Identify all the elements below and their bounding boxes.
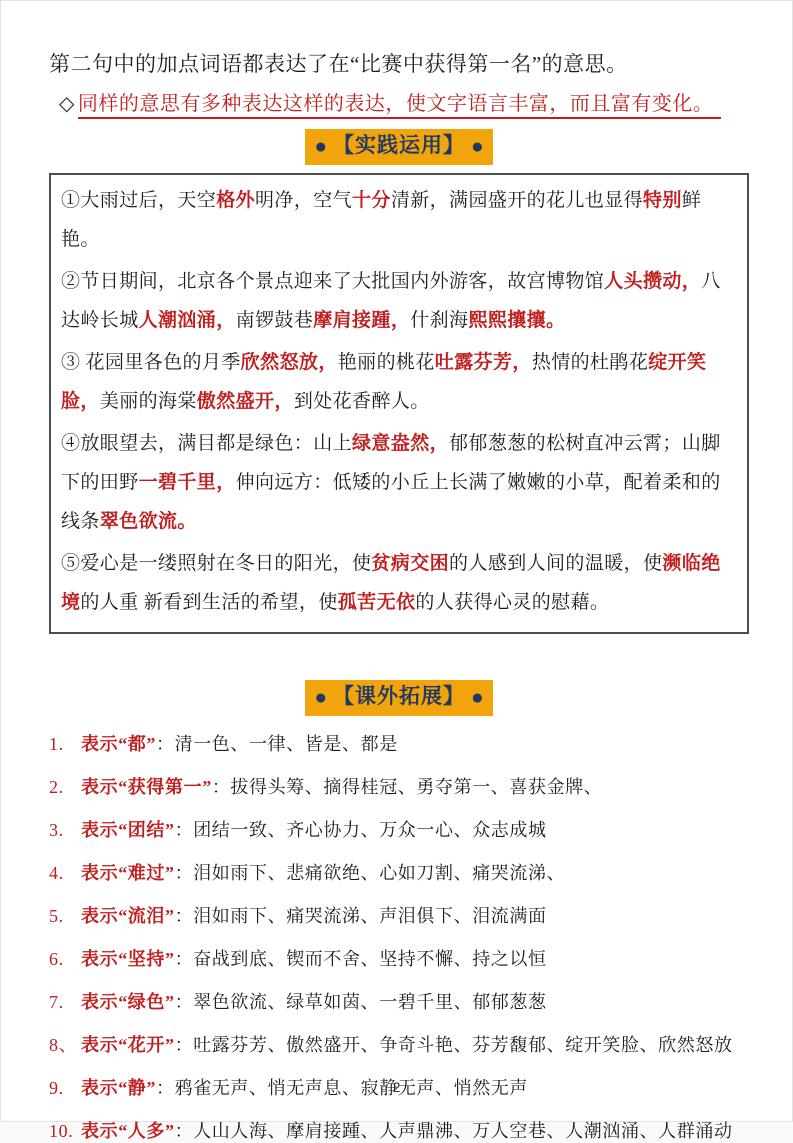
section-header-expansion: ● 【课外拓展】 ● — [49, 680, 749, 716]
practice-item: ①大雨过后，天空格外明净，空气十分清新，满园盛开的花儿也显得特别鲜艳。 — [61, 181, 737, 259]
highlight-keyword: 十分 — [352, 190, 391, 211]
highlight-keyword: 绿意盎然， — [352, 433, 449, 454]
bullet-dot-icon: ● — [314, 134, 327, 158]
highlight-keyword: 翠色欲流。 — [100, 511, 197, 532]
expansion-item: 8、表示“花开”：吐露芬芳、傲然盛开、争奇斗艳、芬芳馥郁、绽开笑脸、欣然怒放 — [49, 1033, 749, 1057]
item-label: 表示“团结” — [81, 820, 175, 840]
highlight-keyword: 人潮汹涌， — [139, 310, 236, 331]
expansion-item: 10.表示“人多”：人山人海、摩肩接踵、人声鼎沸、万人空巷、人潮汹涌、人群涌动 — [49, 1119, 749, 1143]
item-label: 表示“获得第一” — [81, 777, 212, 797]
page-number: 2 — [1, 1079, 792, 1095]
practice-text: ⑤爱心是一缕照射在冬日的阳光，使 — [61, 553, 371, 574]
bullet-dot-icon: ● — [471, 685, 484, 709]
item-label: 表示“绿色” — [81, 992, 175, 1012]
item-content: ：人山人海、摩肩接踵、人声鼎沸、万人空巷、人潮汹涌、人群涌动 — [175, 1121, 733, 1141]
practice-sentences-box: ①大雨过后，天空格外明净，空气十分清新，满园盛开的花儿也显得特别鲜艳。②节日期间… — [49, 173, 749, 634]
expansion-item: 6.表示“坚持”：奋战到底、锲而不舍、坚持不懈、持之以恒 — [49, 947, 749, 971]
item-content: ：清一色、一律、皆是、都是 — [156, 734, 398, 754]
expansion-badge: ● 【课外拓展】 ● — [305, 680, 492, 716]
highlight-keyword: 一碧千里， — [139, 472, 236, 493]
item-label: 表示“人多” — [81, 1121, 175, 1141]
highlight-keyword: 吐露芬芳， — [435, 352, 532, 373]
practice-item: ③ 花园里各色的月季欣然怒放，艳丽的桃花吐露芬芳，热情的杜鹃花绽开笑脸，美丽的海… — [61, 343, 737, 421]
item-number: 1. — [49, 732, 81, 756]
item-label: 表示“花开” — [81, 1035, 175, 1055]
expansion-item: 7.表示“绿色”：翠色欲流、绿草如茵、一碧千里、郁郁葱葱 — [49, 990, 749, 1014]
item-content: ：吐露芬芳、傲然盛开、争奇斗艳、芬芳馥郁、绽开笑脸、欣然怒放 — [175, 1035, 733, 1055]
practice-item: ④放眼望去，满目都是绿色：山上绿意盎然，郁郁葱葱的松树直冲云霄；山脚下的田野一碧… — [61, 424, 737, 541]
expansion-item: 5.表示“流泪”：泪如雨下、痛哭流涕、声泪俱下、泪流满面 — [49, 904, 749, 928]
item-number: 2. — [49, 775, 81, 799]
practice-text: 到处花香醉人。 — [294, 391, 430, 412]
practice-badge: ● 【实践运用】 ● — [305, 129, 492, 165]
item-content: ：泪如雨下、悲痛欲绝、心如刀割、痛哭流涕、 — [175, 863, 566, 883]
bullet-dot-icon: ● — [314, 685, 327, 709]
key-point-text: 同样的意思有多种表达这样的表达，使文字语言丰富，而且富有变化。 — [78, 93, 722, 119]
item-label: 表示“难过” — [81, 863, 175, 883]
item-label: 表示“都” — [81, 734, 156, 754]
item-number: 5. — [49, 904, 81, 928]
practice-section-title: 【实践运用】 — [333, 133, 465, 157]
item-number: 7. — [49, 990, 81, 1014]
item-content: ：翠色欲流、绿草如茵、一碧千里、郁郁葱葱 — [175, 992, 547, 1012]
practice-text: ①大雨过后，天空 — [61, 190, 216, 211]
practice-text: 美丽的海棠 — [100, 391, 197, 412]
item-number: 4. — [49, 861, 81, 885]
worksheet-page: 第二句中的加点词语都表达了在“比赛中获得第一名”的意思。 ◇同样的意思有多种表达… — [0, 0, 793, 1122]
practice-text: 的人感到人间的温暖，使 — [449, 553, 662, 574]
practice-text: 清新，满园盛开的花儿也显得 — [391, 190, 643, 211]
highlight-keyword: 特别 — [643, 190, 682, 211]
practice-text: ②节日期间，北京各个景点迎来了大批国内外游客，故宫博物馆 — [61, 271, 604, 292]
highlight-keyword: 欣然怒放， — [241, 352, 338, 373]
item-content: ：拔得头筹、摘得桂冠、勇夺第一、喜获金牌、 — [212, 777, 603, 797]
practice-item: ⑤爱心是一缕照射在冬日的阳光，使贫病交困的人感到人间的温暖，使濒临绝境的人重 新… — [61, 544, 737, 622]
expansion-item: 3.表示“团结”：团结一致、齐心协力、万众一心、众志成城 — [49, 818, 749, 842]
practice-text: ③ 花园里各色的月季 — [61, 352, 241, 373]
highlight-keyword: 人头攒动， — [604, 271, 701, 292]
expansion-item: 4.表示“难过”：泪如雨下、悲痛欲绝、心如刀割、痛哭流涕、 — [49, 861, 749, 885]
practice-text: 什刹海 — [410, 310, 468, 331]
key-point-line: ◇同样的意思有多种表达这样的表达，使文字语言丰富，而且富有变化。 — [59, 92, 749, 117]
expansion-item: 1.表示“都”：清一色、一律、皆是、都是 — [49, 732, 749, 756]
practice-text: 明净，空气 — [255, 190, 352, 211]
diamond-icon: ◇ — [59, 93, 75, 115]
item-number: 10. — [49, 1119, 81, 1143]
expansion-item: 2.表示“获得第一”：拔得头筹、摘得桂冠、勇夺第一、喜获金牌、 — [49, 775, 749, 799]
practice-text: 的人重 新看到生活的希望，使 — [80, 592, 337, 613]
intro-sentence: 第二句中的加点词语都表达了在“比赛中获得第一名”的意思。 — [49, 51, 749, 77]
highlight-keyword: 格外 — [216, 190, 255, 211]
expansion-section-title: 【课外拓展】 — [333, 684, 465, 708]
item-label: 表示“坚持” — [81, 949, 175, 969]
practice-text: ④放眼望去，满目都是绿色：山上 — [61, 433, 352, 454]
practice-text: 艳丽的桃花 — [338, 352, 435, 373]
item-number: 3. — [49, 818, 81, 842]
practice-item: ②节日期间，北京各个景点迎来了大批国内外游客，故宫博物馆人头攒动，八达岭长城人潮… — [61, 262, 737, 340]
highlight-keyword: 傲然盛开， — [197, 391, 294, 412]
practice-text: 热情的杜鹃花 — [532, 352, 648, 373]
section-header-practice: ● 【实践运用】 ● — [49, 129, 749, 165]
highlight-keyword: 贫病交困 — [371, 553, 449, 574]
practice-text: 的人获得心灵的慰藉。 — [415, 592, 609, 613]
item-content: ：泪如雨下、痛哭流涕、声泪俱下、泪流满面 — [175, 906, 547, 926]
item-label: 表示“流泪” — [81, 906, 175, 926]
item-content: ：团结一致、齐心协力、万众一心、众志成城 — [175, 820, 547, 840]
bullet-dot-icon: ● — [471, 134, 484, 158]
item-number: 6. — [49, 947, 81, 971]
highlight-keyword: 熙熙攘攘。 — [468, 310, 565, 331]
highlight-keyword: 摩肩接踵， — [313, 310, 410, 331]
practice-text: 南锣鼓巷 — [236, 310, 314, 331]
item-number: 8、 — [49, 1033, 81, 1057]
item-content: ：奋战到底、锲而不舍、坚持不懈、持之以恒 — [175, 949, 547, 969]
highlight-keyword: 孤苦无依 — [338, 592, 416, 613]
